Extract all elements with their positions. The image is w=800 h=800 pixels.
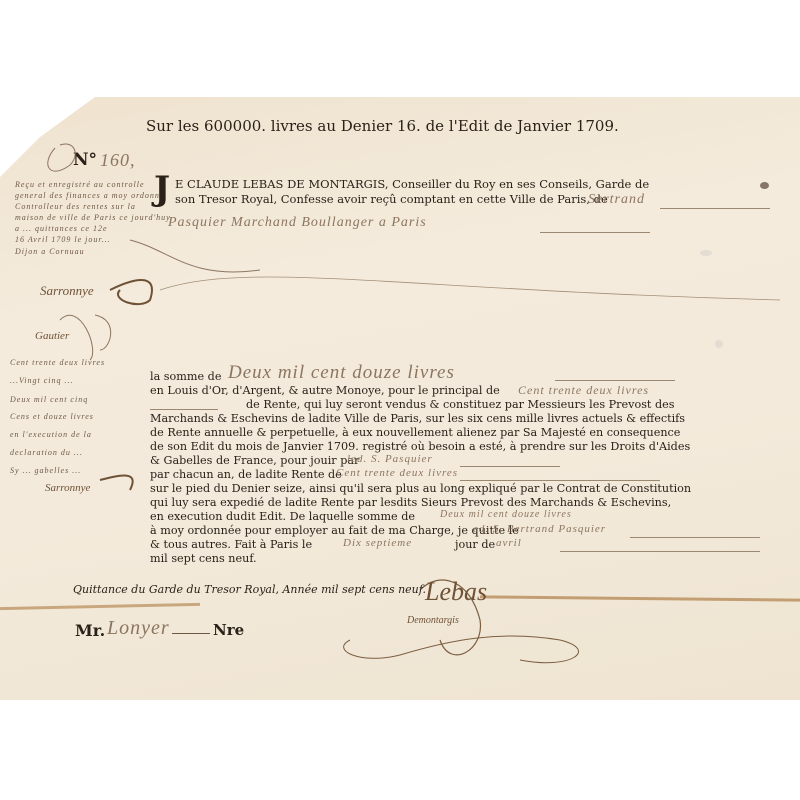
nre-label: Nre — [213, 621, 244, 639]
handwritten-somme: Deux mil cent douze livres — [440, 509, 572, 520]
handwritten-principal: Cent trente deux livres — [518, 383, 649, 398]
fill-line — [172, 633, 210, 634]
body-line: Marchands & Eschevins de ladite Ville de… — [150, 412, 685, 426]
m-label: Mr. — [75, 621, 105, 640]
handwritten-beneficiary: led. S. Pasquier — [347, 453, 433, 465]
body-line: de son Edit du mois de Janvier 1709. reg… — [150, 440, 690, 454]
fill-line — [460, 480, 660, 481]
body-line: par chacun an, de ladite Rente de — [150, 468, 342, 482]
body-line: sur le pied du Denier seize, ainsi qu'il… — [150, 482, 691, 496]
fill-line — [150, 409, 218, 410]
m-value: Lonyer — [107, 617, 170, 640]
body-line: la somme de — [150, 370, 221, 384]
body-line: mil sept cens neuf. — [150, 552, 257, 566]
fill-line — [555, 380, 675, 381]
signature-name: Lebas — [425, 577, 487, 607]
drop-cap: J — [154, 172, 170, 206]
body-line: qui luy sera expedié de ladite Rente par… — [150, 496, 671, 510]
body-line: & Gabelles de France, pour jouir par — [150, 454, 359, 468]
body-line: E CLAUDE LEBAS DE MONTARGIS, Conseiller … — [175, 178, 649, 192]
fill-line — [660, 208, 770, 209]
fill-line — [460, 466, 560, 467]
handwritten-payer: Sertrand — [588, 192, 645, 208]
quittance-line: Quittance du Garde du Tresor Royal, Anné… — [73, 583, 426, 596]
body-line: jour de — [455, 538, 495, 552]
handwritten-quitte: ed. S. Bertrand Pasquier — [473, 523, 606, 535]
fill-line — [540, 232, 650, 233]
handwritten-payer-detail: Pasquier Marchand Boullanger a Paris — [168, 215, 427, 231]
handwritten-month: avril — [496, 537, 522, 549]
body-line: en execution dudit Edit. De laquelle som… — [150, 510, 415, 524]
body-line: son Tresor Royal, Confesse avoir reçû co… — [175, 193, 608, 207]
handwritten-day: Dix septieme — [343, 537, 412, 549]
body-line: de Rente annuelle & perpetuelle, à eux n… — [150, 426, 680, 440]
body-line: en Louis d'Or, d'Argent, & autre Monoye,… — [150, 384, 500, 398]
body-line: à moy ordonnée pour employer au fait de … — [150, 524, 519, 538]
body-line: de Rente, qui luy seront vendus & consti… — [246, 398, 675, 412]
fill-line — [630, 537, 760, 538]
fill-line — [560, 551, 760, 552]
signature-subname: Demontargis — [407, 615, 459, 626]
handwritten-rente: Cent trente deux livres — [336, 467, 458, 479]
handwritten-sum: Deux mil cent douze livres — [228, 362, 455, 384]
body-line: & tous autres. Fait à Paris le — [150, 538, 312, 552]
